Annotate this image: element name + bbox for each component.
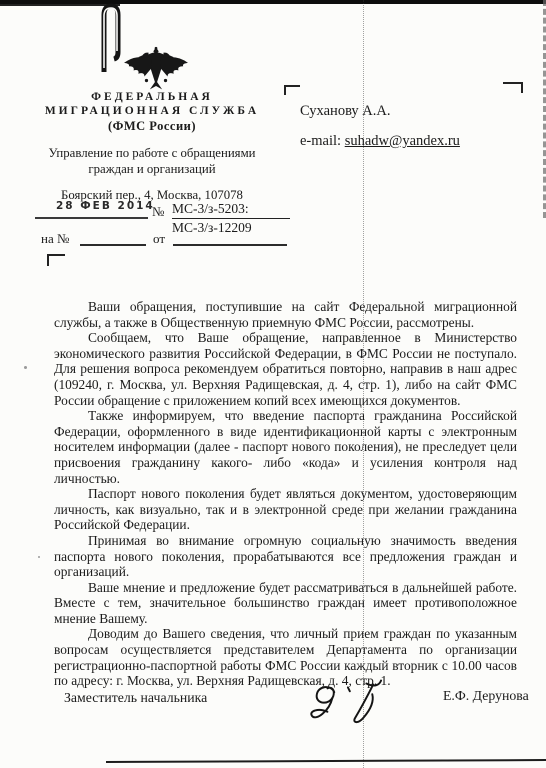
ref-number-blank-line xyxy=(80,244,146,246)
ref-from-label: от xyxy=(153,231,165,247)
corner-mark-recipient-left xyxy=(284,85,300,95)
number-sign-label: № xyxy=(152,204,164,220)
outgoing-number-line2: МС-3/з-12209 xyxy=(172,219,290,236)
date-underline xyxy=(35,217,148,219)
org-name-line2: МИГРАЦИОННАЯ СЛУЖБА xyxy=(30,104,274,118)
signatory-position-title: Заместитель начальника xyxy=(64,690,207,706)
recipient-email-row: e-mail: suhadw@yandex.ru xyxy=(300,133,460,150)
letterhead: ФЕДЕРАЛЬНАЯ МИГРАЦИОННАЯ СЛУЖБА (ФМС Рос… xyxy=(30,90,274,203)
body-paragraph: Также информируем, что введение паспорта… xyxy=(54,408,517,486)
date-stamp: 28 ФЕВ 2014 xyxy=(56,200,155,212)
outgoing-number-line1: МС-3/з-5203: xyxy=(172,201,290,219)
org-name-line1: ФЕДЕРАЛЬНАЯ xyxy=(30,90,274,104)
fms-emblem-icon xyxy=(122,44,190,94)
scanned-letter-page: ФЕДЕРАЛЬНАЯ МИГРАЦИОННАЯ СЛУЖБА (ФМС Рос… xyxy=(0,0,546,768)
email-label: e-mail: xyxy=(300,133,341,149)
scan-speckle xyxy=(38,556,40,558)
signatory-name: Е.Ф. Дерунова xyxy=(443,688,529,704)
corner-mark-left xyxy=(47,254,65,266)
scan-top-edge-line xyxy=(0,0,546,4)
body-paragraph: Принимая во внимание огромную социальную… xyxy=(54,533,517,580)
org-name-abbrev: (ФМС России) xyxy=(30,119,274,134)
ref-date-blank-line xyxy=(173,244,287,246)
letter-body: Ваши обращения, поступившие на сайт Феде… xyxy=(54,299,517,689)
department-name: Управление по работе с обращениями гражд… xyxy=(30,145,274,177)
outgoing-number-block: МС-3/з-5203: МС-3/з-12209 xyxy=(172,201,290,236)
scan-bottom-edge-line xyxy=(106,759,546,763)
scan-speckle xyxy=(24,366,27,369)
body-paragraph: Паспорт нового поколения будет являться … xyxy=(54,486,517,533)
ref-number-label: на № xyxy=(41,231,69,247)
recipient-name: Суханову А.А. xyxy=(300,103,390,120)
body-paragraph: Доводим до Вашего сведения, что личный п… xyxy=(54,626,517,688)
body-paragraph: Ваше мнение и предложение будет рассматр… xyxy=(54,580,517,627)
email-address: suhadw@yandex.ru xyxy=(345,133,460,149)
signature-scribble-icon xyxy=(305,678,383,726)
body-paragraph: Ваши обращения, поступившие на сайт Феде… xyxy=(54,299,517,330)
body-paragraph: Сообщаем, что Ваше обращение, направленн… xyxy=(54,330,517,408)
corner-mark-recipient-right xyxy=(503,82,523,93)
